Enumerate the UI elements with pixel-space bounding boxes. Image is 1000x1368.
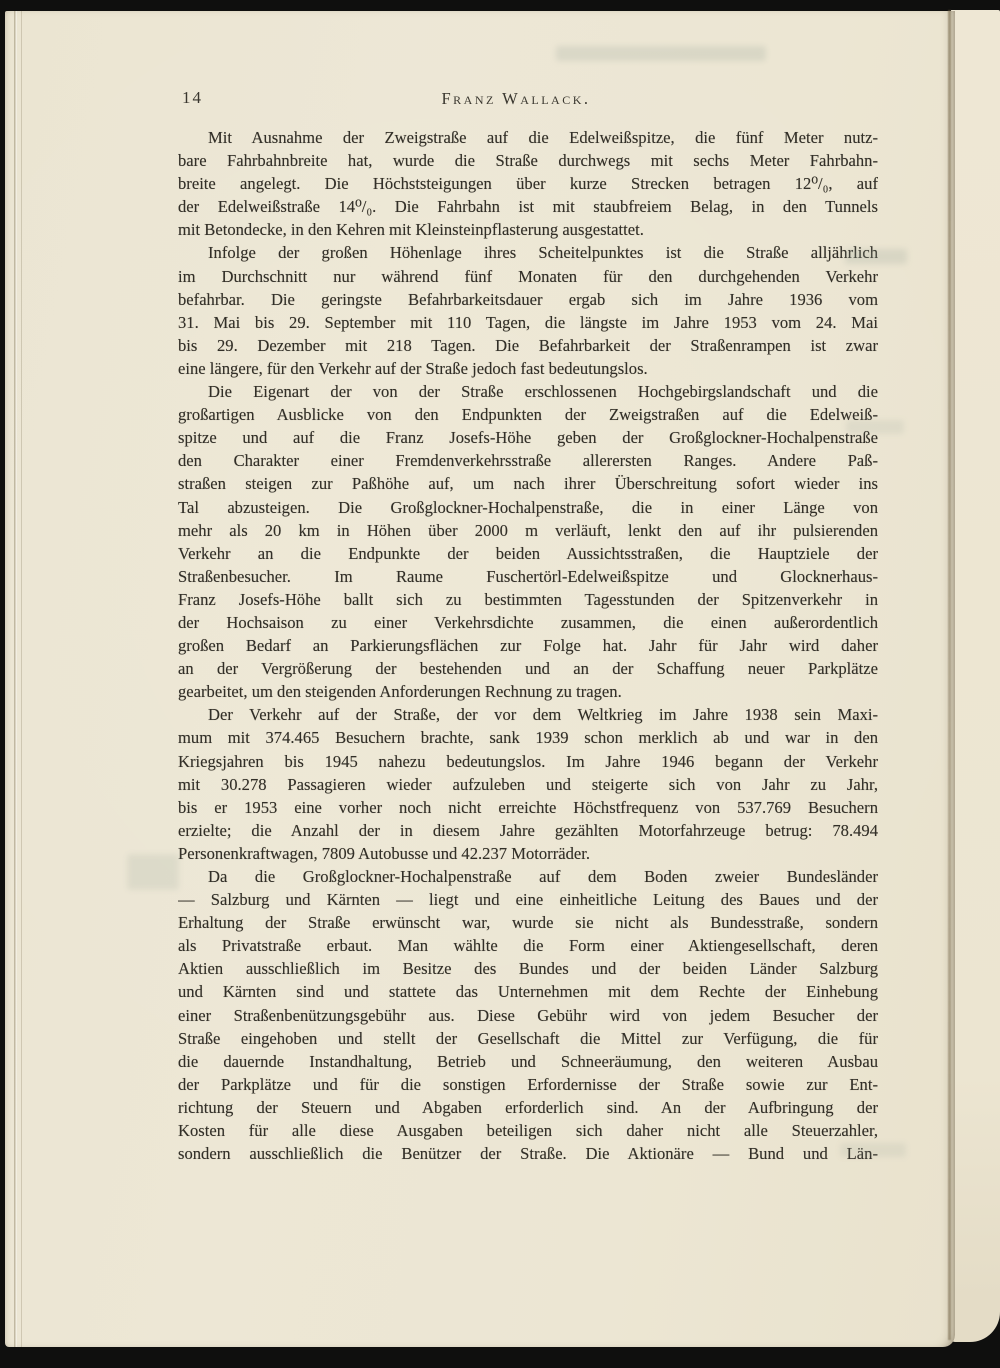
text-line: sondern ausschließlich die Benützer der …: [178, 1142, 878, 1165]
text-line: Aktien ausschließlich im Besitze des Bun…: [178, 957, 878, 980]
text-line: mum mit 374.465 Besuchern brachte, sank …: [178, 726, 878, 749]
text-line: bare Fahrbahnbreite hat, wurde die Straß…: [178, 149, 878, 172]
text-line: als Privatstraße erbaut. Man wählte die …: [178, 934, 878, 957]
text-line: breite angelegt. Die Höchststeigungen üb…: [178, 172, 878, 195]
text-line: und Kärnten sind und stattete das Untern…: [178, 980, 878, 1003]
text-line: Der Verkehr auf der Straße, der vor dem …: [178, 703, 878, 726]
scanned-book-page: 14 Franz Wallack. Mit Ausnahme der Zweig…: [0, 0, 1000, 1368]
text-line: Kriegsjahren bis 1945 nahezu bedeutungsl…: [178, 750, 878, 773]
text-line: Straßenbesucher. Im Raume Fuschertörl-Ed…: [178, 565, 878, 588]
paragraph: Die Eigenart der von der Straße erschlos…: [178, 380, 878, 703]
text-line: straßen steigen zur Paßhöhe auf, um nach…: [178, 472, 878, 495]
text-line: Die Eigenart der von der Straße erschlos…: [178, 380, 878, 403]
text-line: der Edelweißstraße 14⁰/₀. Die Fahrbahn i…: [178, 195, 878, 218]
page-stack-edges: [9, 11, 31, 1347]
text-line: im Durchschnitt nur während fünf Monaten…: [178, 265, 878, 288]
text-line: befahrbar. Die geringste Befahrbarkeitsd…: [178, 288, 878, 311]
text-line: spitze und auf die Franz Josefs-Höhe geb…: [178, 426, 878, 449]
text-line: eine längere, für den Verkehr auf der St…: [178, 357, 878, 380]
text-line: Infolge der großen Höhenlage ihres Schei…: [178, 241, 878, 264]
text-line: die dauernde Instandhaltung, Betrieb und…: [178, 1050, 878, 1073]
text-line: einer Straßenbenützungsgebühr aus. Diese…: [178, 1004, 878, 1027]
text-line: Straße eingehoben und stellt der Gesells…: [178, 1027, 878, 1050]
text-line: Erhaltung der Straße erwünscht war, wurd…: [178, 911, 878, 934]
text-line: erzielte; die Anzahl der in diesem Jahre…: [178, 819, 878, 842]
page-fold-shadow: [948, 10, 951, 1340]
page-body: Mit Ausnahme der Zweigstraße auf die Ede…: [178, 126, 878, 1165]
text-line: gearbeitet, um den steigenden Anforderun…: [178, 680, 878, 703]
text-line: — Salzburg und Kärnten — liegt und eine …: [178, 888, 878, 911]
text-line: Mit Ausnahme der Zweigstraße auf die Ede…: [178, 126, 878, 149]
text-line: großen Bedarf an Parkierungsflächen zur …: [178, 634, 878, 657]
paragraph: Da die Großglockner-Hochalpenstraße auf …: [178, 865, 878, 1165]
text-line: Verkehr an die Endpunkte der beiden Auss…: [178, 542, 878, 565]
text-line: der Hochsaison zu einer Verkehrsdichte z…: [178, 611, 878, 634]
text-line: mit Betondecke, in den Kehren mit Kleins…: [178, 218, 878, 241]
text-line: Kosten für alle diese Ausgaben beteilige…: [178, 1119, 878, 1142]
paragraph: Der Verkehr auf der Straße, der vor dem …: [178, 703, 878, 865]
text-line: an der Vergrößerung der bestehenden und …: [178, 657, 878, 680]
text-line: mit 30.278 Passagieren wieder aufzuleben…: [178, 773, 878, 796]
text-line: Da die Großglockner-Hochalpenstraße auf …: [178, 865, 878, 888]
text-line: Tal abzusteigen. Die Großglockner-Hochal…: [178, 496, 878, 519]
paragraph: Mit Ausnahme der Zweigstraße auf die Ede…: [178, 126, 878, 241]
text-line: Personenkraftwagen, 7809 Autobusse und 4…: [178, 842, 878, 865]
text-line: mehr als 20 km in Höhen über 2000 m verl…: [178, 519, 878, 542]
text-line: Franz Josefs-Höhe ballt sich zu bestimmt…: [178, 588, 878, 611]
text-line: den Charakter einer Fremdenverkehrsstraß…: [178, 449, 878, 472]
text-line: bis er 1953 eine vorher noch nicht errei…: [178, 796, 878, 819]
text-line: der Parkplätze und für die sonstigen Erf…: [178, 1073, 878, 1096]
running-header: Franz Wallack.: [178, 89, 854, 109]
text-line: 31. Mai bis 29. September mit 110 Tagen,…: [178, 311, 878, 334]
adjacent-page-edge: [951, 10, 1000, 1342]
text-line: richtung der Steuern und Abgaben erforde…: [178, 1096, 878, 1119]
text-line: großartigen Ausblicke von den Endpunkten…: [178, 403, 878, 426]
text-line: bis 29. Dezember mit 218 Tagen. Die Befa…: [178, 334, 878, 357]
paragraph: Infolge der großen Höhenlage ihres Schei…: [178, 241, 878, 380]
